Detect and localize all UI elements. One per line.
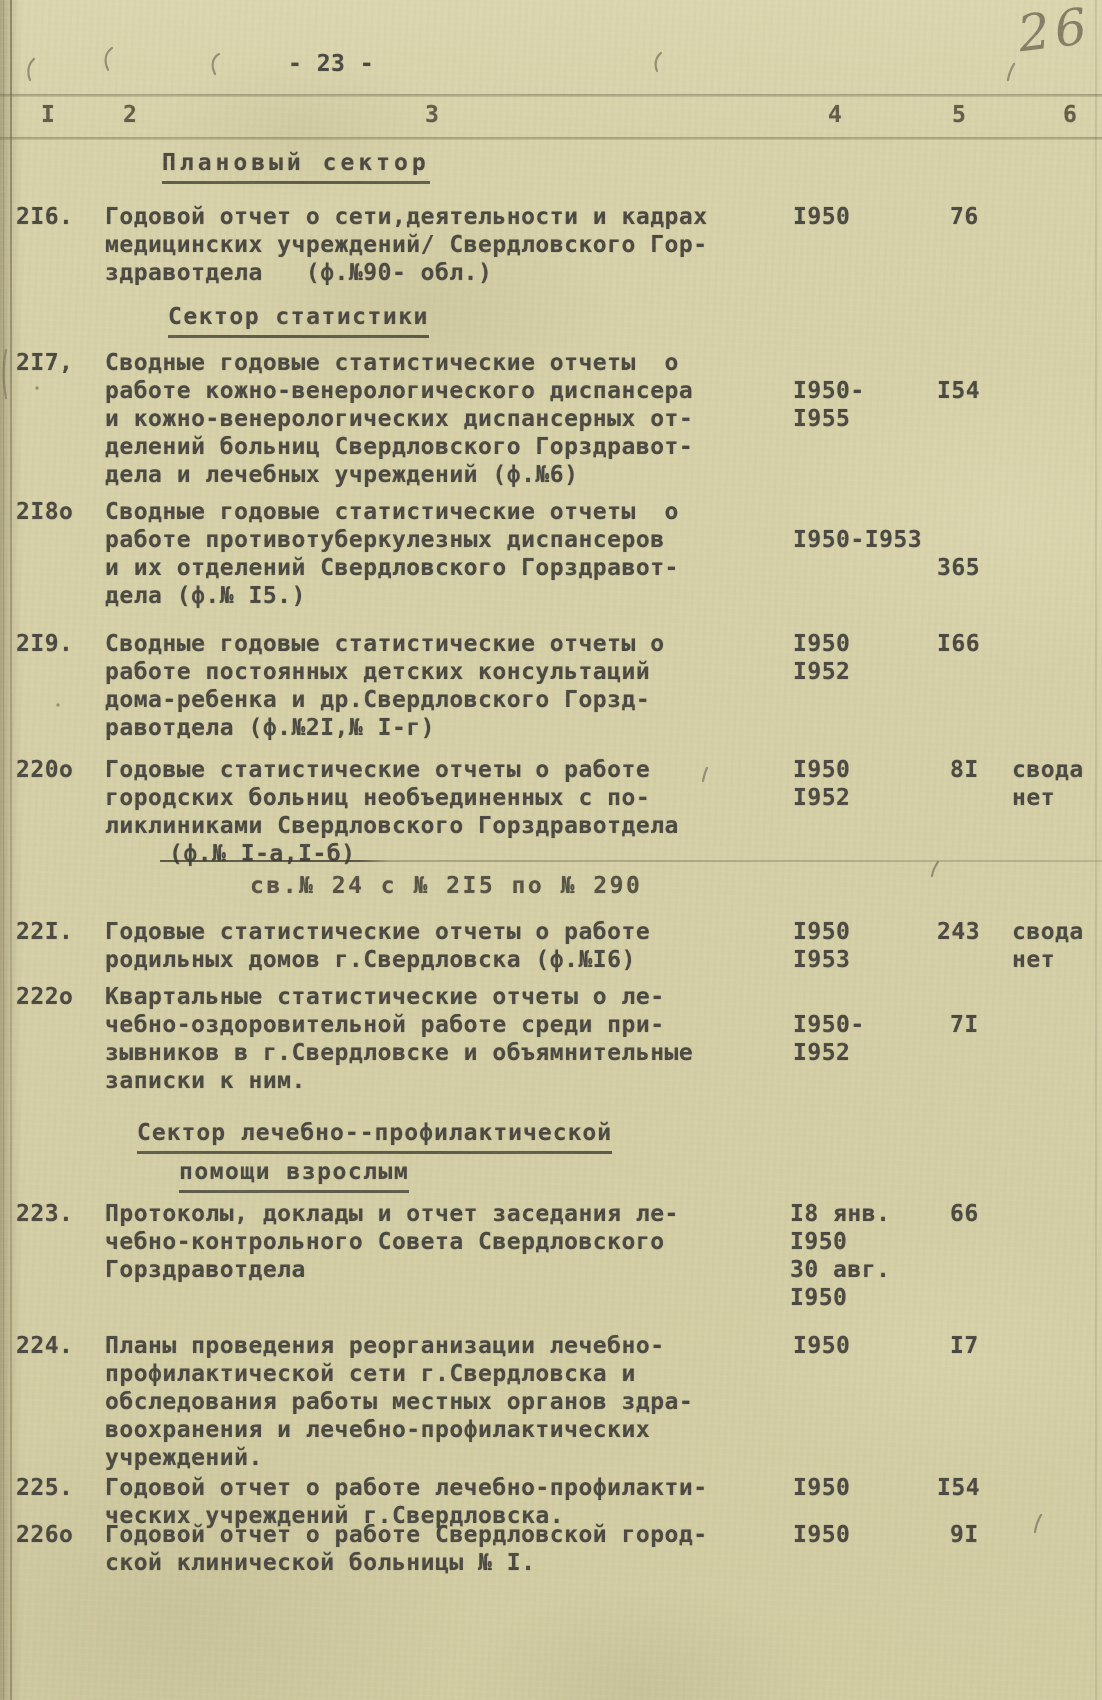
entry-description-line: Годовые статистические отчеты о работе bbox=[105, 756, 679, 784]
entry-description: Протоколы, доклады и отчет заседания ле-… bbox=[105, 1200, 679, 1284]
entry-description-line: Протоколы, доклады и отчет заседания ле- bbox=[105, 1200, 679, 1228]
entry-number: 223. bbox=[16, 1200, 73, 1228]
entry-date-line: I950 bbox=[793, 1332, 850, 1360]
entry-number: 226о bbox=[16, 1521, 73, 1549]
entry-number: 225. bbox=[16, 1474, 73, 1502]
section-heading-statistiki: Сектор статистики bbox=[168, 303, 429, 338]
entry-note-line: нет bbox=[1012, 784, 1084, 812]
entry-number: 220о bbox=[16, 756, 73, 784]
entry-description-line: обследования работы местных органов здра… bbox=[105, 1388, 693, 1416]
entry-description-line: Годовой отчет о работе лечебно-профилакт… bbox=[105, 1474, 708, 1502]
entry-date-line: I950 bbox=[793, 1474, 850, 1502]
pencil-tick-mark bbox=[1008, 64, 1014, 80]
entry-description: Годовой отчет о сети,деятельности и кадр… bbox=[105, 203, 708, 287]
entry-description-line: дома-ребенка и др.Свердловского Горзд- bbox=[105, 686, 665, 714]
entry-pages-count: I54 bbox=[937, 377, 980, 405]
entry-description-line: Планы проведения реорганизации лечебно- bbox=[105, 1332, 693, 1360]
header-rule-top bbox=[0, 94, 1102, 97]
entry-pages-count: 8I bbox=[950, 756, 979, 784]
entry-dates: I950 bbox=[793, 1474, 850, 1502]
header-rule-bottom bbox=[0, 137, 1102, 140]
entry-date-line: I950 bbox=[793, 203, 850, 231]
entry-description-line: Сводные годовые статистические отчеты о bbox=[105, 630, 665, 658]
entry-note-line: свода bbox=[1012, 756, 1084, 784]
entry-description: Сводные годовые статистические отчеты о … bbox=[105, 498, 679, 610]
entry-description-line: и кожно-венерологических диспансерных от… bbox=[105, 405, 693, 433]
entry-description-line: зывников в г.Свердловске и объямнительны… bbox=[105, 1039, 693, 1067]
entry-description-line: работе постоянных детских консультаций bbox=[105, 658, 665, 686]
entry-description-line: записки к ним. bbox=[105, 1067, 693, 1095]
binding-crease-line-faint bbox=[3, 0, 4, 1700]
entry-description-line: ликлиниками Свердловского Горздравотдела bbox=[105, 812, 679, 840]
entry-dates: I950 bbox=[793, 1332, 850, 1360]
column-header-2: 2 bbox=[123, 101, 137, 129]
entry-description-line: городских больниц необъединенных с по- bbox=[105, 784, 679, 812]
entry-number: 222о bbox=[16, 983, 73, 1011]
page-right-edge-line bbox=[1095, 0, 1097, 1700]
entry-description: Планы проведения реорганизации лечебно- … bbox=[105, 1332, 693, 1472]
entry-date-line: I950-I953 bbox=[793, 526, 922, 554]
entry-description-line: Годовой отчет о сети,деятельности и кадр… bbox=[105, 203, 708, 231]
entry-dates: I8 янв. I950 30 авг. I950 bbox=[790, 1200, 890, 1312]
column-header-4: 4 bbox=[828, 101, 842, 129]
column-header-6: 6 bbox=[1063, 101, 1077, 129]
entry-description-line: здравотдела (ф.№90- обл.) bbox=[105, 259, 708, 287]
entry-description: Сводные годовые статистические отчеты о … bbox=[105, 630, 665, 742]
entry-pages-count: 365 bbox=[937, 554, 980, 582]
pencil-tick-mark bbox=[1035, 1515, 1041, 1532]
entry-dates: I950 I953 bbox=[793, 918, 850, 974]
pencil-tick-mark bbox=[656, 53, 661, 71]
entry-description-line: (ф.№ I-а,I-б) bbox=[105, 840, 679, 868]
handwritten-sheet-number: 26 bbox=[1015, 0, 1095, 62]
entry-pages-count: 9I bbox=[950, 1521, 979, 1549]
entry-number: 224. bbox=[16, 1332, 73, 1360]
entry-number: 22I. bbox=[16, 918, 73, 946]
entry-date-line: I950 bbox=[793, 756, 850, 784]
entry-pages-count: I66 bbox=[937, 630, 980, 658]
entry-note: свода нет bbox=[1012, 756, 1084, 812]
binding-crease-line bbox=[10, 0, 12, 1700]
bundle-separator-line bbox=[160, 860, 1102, 862]
pencil-tick-mark bbox=[213, 54, 219, 74]
entry-date-line: I952 bbox=[793, 1039, 865, 1067]
entry-number: 2I6. bbox=[16, 203, 73, 231]
entry-pages-count: 7I bbox=[950, 1011, 979, 1039]
entry-date-line: 30 авг. bbox=[790, 1256, 890, 1284]
entry-description-line: Годовой отчет о работе Свердловской горо… bbox=[105, 1521, 708, 1549]
section-heading-lechebno-line1: Сектор лечебно--профилактической bbox=[137, 1119, 612, 1154]
entry-description-line: ской клинической больницы № I. bbox=[105, 1549, 708, 1577]
entry-date-line: I950 bbox=[793, 1521, 850, 1549]
column-header-3: 3 bbox=[425, 101, 439, 129]
page-number: - 23 - bbox=[288, 50, 374, 78]
entry-description: Сводные годовые статистические отчеты о … bbox=[105, 349, 693, 489]
entry-dates: I950- I955 bbox=[793, 377, 865, 433]
entry-date-line: I952 bbox=[793, 784, 850, 812]
entry-description-line: Квартальные статистические отчеты о ле- bbox=[105, 983, 693, 1011]
pencil-tick-mark bbox=[932, 862, 938, 876]
entry-description-line: Горздравотдела bbox=[105, 1256, 679, 1284]
pencil-dot-mark bbox=[35, 386, 38, 389]
pencil-dot-mark bbox=[56, 703, 59, 706]
entry-note-line: свода bbox=[1012, 918, 1084, 946]
entry-date-line: I950 bbox=[793, 918, 850, 946]
bundle-note: св.№ 24 с № 2I5 по № 290 bbox=[250, 872, 642, 900]
entry-description-line: Сводные годовые статистические отчеты о bbox=[105, 498, 679, 526]
scanned-archive-page: 26 - 23 - I 2 3 4 5 6 Плановый сектор 2I… bbox=[0, 0, 1102, 1700]
entry-date-line: I950 bbox=[793, 630, 850, 658]
column-header-1: I bbox=[41, 101, 55, 129]
entry-description: Квартальные статистические отчеты о ле- … bbox=[105, 983, 693, 1095]
entry-dates: I950 bbox=[793, 1521, 850, 1549]
entry-date-line: I953 bbox=[793, 946, 850, 974]
entry-note-line: нет bbox=[1012, 946, 1084, 974]
entry-dates: I950-I953 bbox=[793, 526, 922, 554]
entry-description-line: родильных домов г.Свердловска (ф.№I6) bbox=[105, 946, 650, 974]
entry-dates: I950 I952 bbox=[793, 756, 850, 812]
entry-dates: I950 I952 bbox=[793, 630, 850, 686]
pencil-comma-mark bbox=[703, 768, 707, 781]
entry-date-line: I955 bbox=[793, 405, 865, 433]
entry-date-line: I950 bbox=[790, 1284, 890, 1312]
section-heading-planovy: Плановый сектор bbox=[162, 149, 430, 184]
entry-description-line: работе противотуберкулезных диспансеров bbox=[105, 526, 679, 554]
pencil-tick-mark bbox=[28, 59, 34, 80]
column-header-5: 5 bbox=[952, 101, 966, 129]
entry-date-line: I950 bbox=[790, 1228, 890, 1256]
entry-dates: I950- I952 bbox=[793, 1011, 865, 1067]
entry-description-line: воохранения и лечебно-профилактических bbox=[105, 1416, 693, 1444]
entry-dates: I950 bbox=[793, 203, 850, 231]
entry-description-line: делений больниц Свердловского Горздравот… bbox=[105, 433, 693, 461]
entry-description: Годовые статистические отчеты о работе р… bbox=[105, 918, 650, 974]
entry-date-line: I950- bbox=[793, 1011, 865, 1039]
entry-description-line: чебно-оздоровительной работе среди при- bbox=[105, 1011, 693, 1039]
entry-date-line: I8 янв. bbox=[790, 1200, 890, 1228]
entry-description-line: профилактической сети г.Свердловска и bbox=[105, 1360, 693, 1388]
entry-description-line: чебно-контрольного Совета Свердловского bbox=[105, 1228, 679, 1256]
pencil-tick-mark bbox=[106, 48, 112, 70]
entry-number: 2I7, bbox=[16, 349, 73, 377]
entry-date-line: I950- bbox=[793, 377, 865, 405]
entry-description-line: работе кожно-венерологического диспансер… bbox=[105, 377, 693, 405]
entry-pages-count: I7 bbox=[950, 1332, 979, 1360]
entry-note: свода нет bbox=[1012, 918, 1084, 974]
entry-date-line: I952 bbox=[793, 658, 850, 686]
section-heading-lechebno-line2: помощи взрослым bbox=[179, 1158, 409, 1193]
entry-number: 2I8о bbox=[16, 498, 73, 526]
entry-description-line: дела и лечебных учреждений (ф.№6) bbox=[105, 461, 693, 489]
entry-description-line: Годовые статистические отчеты о работе bbox=[105, 918, 650, 946]
entry-description: Годовой отчет о работе Свердловской горо… bbox=[105, 1521, 708, 1577]
entry-description: Годовые статистические отчеты о работе г… bbox=[105, 756, 679, 868]
entry-pages-count: 76 bbox=[950, 203, 979, 231]
entry-description-line: учреждений. bbox=[105, 1444, 693, 1472]
entry-pages-count: 66 bbox=[950, 1200, 979, 1228]
entry-pages-count: I54 bbox=[937, 1474, 980, 1502]
entry-description-line: медицинских учреждений/ Свердловского Го… bbox=[105, 231, 708, 259]
entry-number: 2I9. bbox=[16, 630, 73, 658]
entry-description-line: дела (ф.№ I5.) bbox=[105, 582, 679, 610]
entry-pages-count: 243 bbox=[937, 918, 980, 946]
entry-description-line: равотдела (ф.№2I,№ I-г) bbox=[105, 714, 665, 742]
entry-description-line: и их отделений Свердловского Горздравот- bbox=[105, 554, 679, 582]
entry-description-line: Сводные годовые статистические отчеты о bbox=[105, 349, 693, 377]
